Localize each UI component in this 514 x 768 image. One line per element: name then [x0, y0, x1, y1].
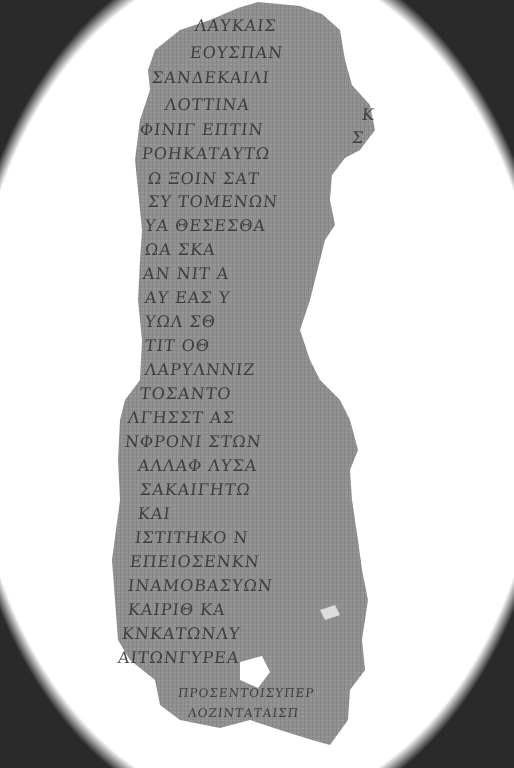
papyrus-text-line: ΡΟΗΚΑΤΑΥΤΩ [141, 144, 271, 163]
papyrus-text-line: ΙΝΑΜΟΒΑΣΥΩΝ [127, 576, 274, 595]
papyrus-photo [0, 0, 514, 768]
papyrus-text-line: Σ [351, 128, 365, 147]
papyrus-text-line: ΛΓΗΣΣΤ ΑΣ [127, 408, 236, 427]
papyrus-text-line: ΣΥ ΤΟΜΕΝΩΝ [147, 192, 279, 211]
papyrus-text-line: ΚΝΚΑΤΩΝΛΥ [121, 624, 242, 643]
papyrus-text-line: ΛΑΡΥΛΝΝΙΖ [144, 360, 256, 379]
papyrus-text-line: ΤΟΣΑΝΤΟ [139, 384, 232, 403]
papyrus-text-line: ΥΩΛ ΣΘ [144, 312, 217, 331]
papyrus-text-line: ΑΙΤΩΝΓΥΡΕΑ [117, 648, 240, 667]
papyrus-text-line: ΕΟΥΣΠΑΝ [189, 43, 284, 62]
papyrus-text-line: ΕΠΕΙΟΣΕΝΚΝ [129, 552, 261, 571]
papyrus-text-line: ΥΑ ΘΕΣΕΣΘΑ [144, 216, 267, 235]
papyrus-text-line: ΣΑΝΔΕΚΑΙΛΙ [151, 68, 271, 87]
papyrus-text-line: Ω ΞΟΙΝ ΣΑΤ [147, 169, 261, 188]
papyrus-text-line: ΠΡΟΣΕΝΤΟΙΣΥΠΕΡ [177, 686, 315, 700]
papyrus-text-line: ΚΑΙ [137, 504, 172, 523]
papyrus-text-line: ΣΑΚΑΙΓΗΤΩ [139, 480, 252, 499]
papyrus-text-line: Κ [361, 105, 376, 124]
papyrus-text-line: ΦΙΝΙΓ ΕΠΤΙΝ [139, 120, 265, 139]
papyrus-text-line: ΑΥ ΕΑΣ Υ [144, 288, 231, 307]
papyrus-text-line: ΙΣΤΙΤΗΚΟ Ν [134, 528, 249, 547]
papyrus-text-line: ΑΛΛΑΦ ΛΥΣΑ [137, 456, 258, 475]
papyrus-text-line: ΝΦΡΟΝΙ ΣΤΩΝ [124, 432, 263, 451]
papyrus-fragment-shape [0, 0, 514, 768]
papyrus-text-line: ΚΑΙΡΙΘ ΚΑ [127, 600, 227, 619]
papyrus-text-line: ΛΟΤΤΙΝΑ [164, 95, 251, 114]
papyrus-text-line: ΩΑ ΣΚΑ [144, 240, 217, 259]
papyrus-text-line: ΑΝ ΝΙΤ Α [142, 264, 230, 283]
papyrus-text-line: ΤΙΤ ΟΘ [144, 336, 211, 355]
papyrus-text-line: ΛΑΥΚΑΙΣ [194, 16, 278, 35]
papyrus-text-line: ΛΟΖΙΝΤΑΤΑΙΣΠ [187, 706, 300, 720]
